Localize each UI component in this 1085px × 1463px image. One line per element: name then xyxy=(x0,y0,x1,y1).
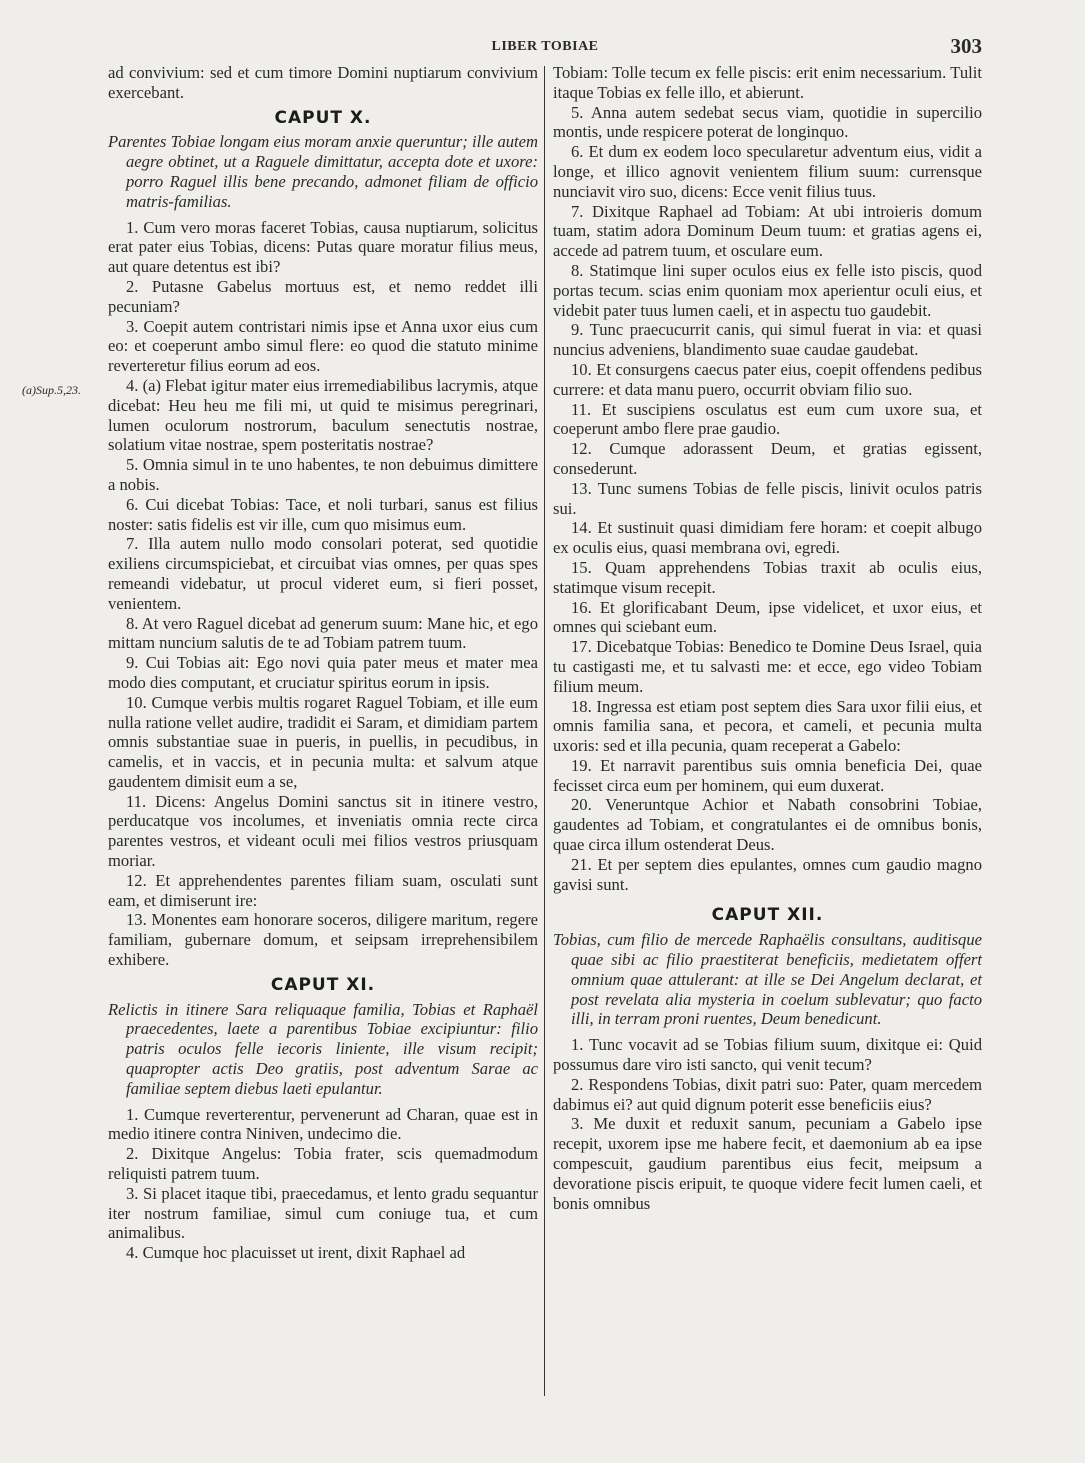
verse-list: 5. Anna autem sedebat secus viam, quotid… xyxy=(553,103,982,895)
chapter-heading: CAPUT XI. xyxy=(108,976,538,996)
continuation-text: ad convivium: sed et cum timore Domini n… xyxy=(108,63,538,103)
verse: 13. Tunc sumens Tobias de felle piscis, … xyxy=(553,479,982,519)
verse: 1. Tunc vocavit ad se Tobias filium suum… xyxy=(553,1035,982,1075)
verse: 8. At vero Raguel dicebat ad generum suu… xyxy=(108,614,538,654)
verse: 11. Dicens: Angelus Domini sanctus sit i… xyxy=(108,792,538,871)
verse-list: 1. Cumque reverterentur, pervenerunt ad … xyxy=(108,1105,538,1263)
chapter-summary: Relictis in itinere Sara reliquaque fami… xyxy=(108,1000,538,1099)
verse: 6. Et dum ex eodem loco specularetur adv… xyxy=(553,142,982,201)
verse: 10. Cumque verbis multis rogaret Raguel … xyxy=(108,693,538,792)
verse: 5. Anna autem sedebat secus viam, quotid… xyxy=(553,103,982,143)
verse: 3. Si placet itaque tibi, praecedamus, e… xyxy=(108,1184,538,1243)
page-number: 303 xyxy=(951,34,983,59)
verse: 19. Et narravit parentibus suis omnia be… xyxy=(553,756,982,796)
verse: 7. Illa autem nullo modo consolari poter… xyxy=(108,534,538,613)
verse: 20. Veneruntque Achior et Nabath consobr… xyxy=(553,795,982,854)
verse: 1. Cumque reverterentur, pervenerunt ad … xyxy=(108,1105,538,1145)
verse: 5. Omnia simul in te uno habentes, te no… xyxy=(108,455,538,495)
chapter-summary: Tobias, cum filio de mercede Raphaëlis c… xyxy=(553,930,982,1029)
verse: 15. Quam apprehendens Tobias traxit ab o… xyxy=(553,558,982,598)
verse: 17. Dicebatque Tobias: Benedico te Domin… xyxy=(553,637,982,696)
verse: 13. Monentes eam honorare soceros, dilig… xyxy=(108,910,538,969)
verse: 9. Tunc praecucurrit canis, qui simul fu… xyxy=(553,320,982,360)
verse: 2. Dixitque Angelus: Tobia frater, scis … xyxy=(108,1144,538,1184)
verse: 3. Me duxit et reduxit sanum, pecuniam a… xyxy=(553,1114,982,1213)
column-divider xyxy=(544,66,545,1396)
verse: 2. Respondens Tobias, dixit patri suo: P… xyxy=(553,1075,982,1115)
verse-list: 1. Cum vero moras faceret Tobias, causa … xyxy=(108,218,538,970)
verse: 2. Putasne Gabelus mortuus est, et nemo … xyxy=(108,277,538,317)
right-column: Tobiam: Tolle tecum ex felle piscis: eri… xyxy=(553,63,982,1213)
chapter-heading: CAPUT X. xyxy=(108,109,538,129)
verse: 11. Et suscipiens osculatus est eum cum … xyxy=(553,400,982,440)
verse: 7. Dixitque Raphael ad Tobiam: At ubi in… xyxy=(553,202,982,261)
margin-note: (a)Sup.5,23. xyxy=(22,383,81,398)
verse: 9. Cui Tobias ait: Ego novi quia pater m… xyxy=(108,653,538,693)
verse-list: 1. Tunc vocavit ad se Tobias filium suum… xyxy=(553,1035,982,1213)
running-title: LIBER TOBIAE xyxy=(108,39,982,55)
verse: 3. Coepit autem contristari nimis ipse e… xyxy=(108,317,538,376)
left-column: ad convivium: sed et cum timore Domini n… xyxy=(108,63,538,1263)
verse: 12. Et apprehendentes parentes filiam su… xyxy=(108,871,538,911)
verse: 10. Et consurgens caecus pater eius, coe… xyxy=(553,360,982,400)
verse: 16. Et glorificabant Deum, ipse videlice… xyxy=(553,598,982,638)
verse: 1. Cum vero moras faceret Tobias, causa … xyxy=(108,218,538,277)
continuation-text: Tobiam: Tolle tecum ex felle piscis: eri… xyxy=(553,63,982,103)
verse: 12. Cumque adorassent Deum, et gratias e… xyxy=(553,439,982,479)
chapter-heading: CAPUT XII. xyxy=(553,906,982,926)
verse: 18. Ingressa est etiam post septem dies … xyxy=(553,697,982,756)
verse: 4. Cumque hoc placuisset ut irent, dixit… xyxy=(108,1243,538,1263)
running-head: LIBER TOBIAE 303 xyxy=(108,34,982,58)
verse: 8. Statimque lini super oculos eius ex f… xyxy=(553,261,982,320)
verse: 4. (a) Flebat igitur mater eius irremedi… xyxy=(108,376,538,455)
book-page: LIBER TOBIAE 303 (a)Sup.5,23. ad convivi… xyxy=(0,0,1085,1463)
verse: 21. Et per septem dies epulantes, omnes … xyxy=(553,855,982,895)
chapter-summary: Parentes Tobiae longam eius moram anxie … xyxy=(108,132,538,211)
verse: 14. Et sustinuit quasi dimidiam fere hor… xyxy=(553,518,982,558)
verse: 6. Cui dicebat Tobias: Tace, et noli tur… xyxy=(108,495,538,535)
